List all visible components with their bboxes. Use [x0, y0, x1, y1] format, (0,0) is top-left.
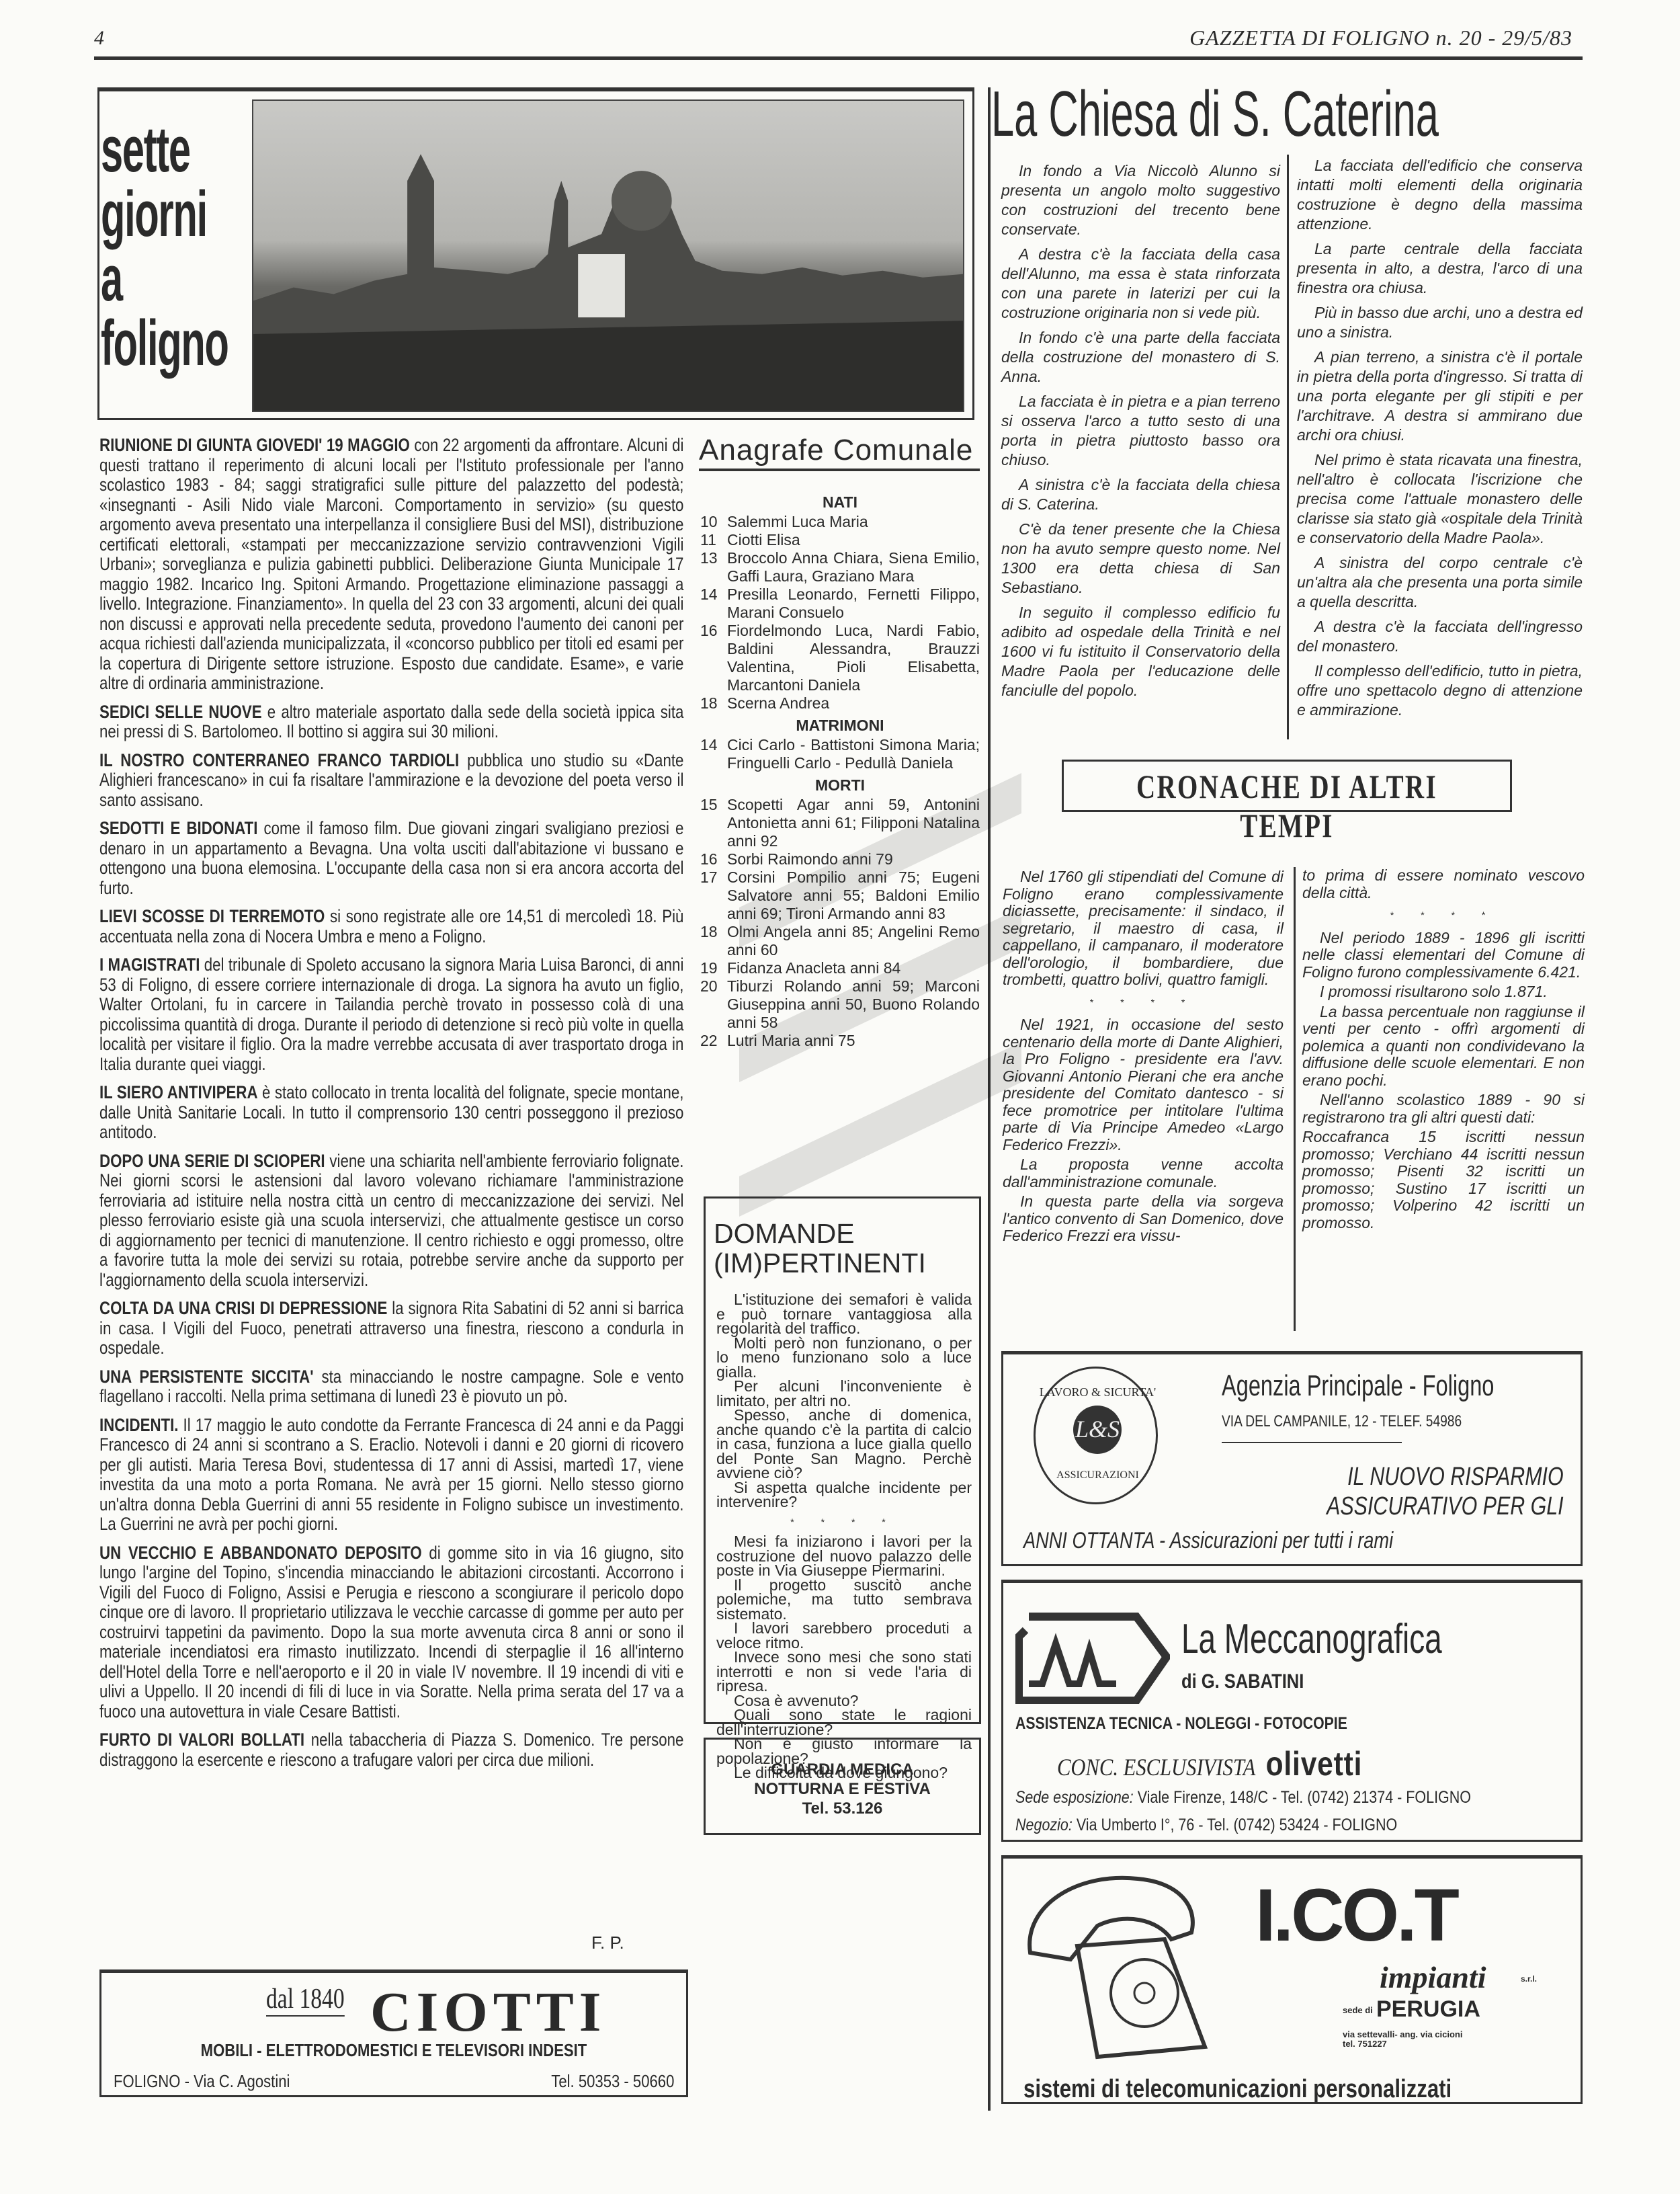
article: SEDOTTI E BIDONATI come il famoso film. … — [99, 819, 683, 898]
separator-stars: * * * * — [716, 1515, 972, 1530]
list-item: 18Scerna Andrea — [700, 694, 980, 713]
meccanografica-dealer: CONC. ESCLUSIVISTA olivetti — [1057, 1744, 1362, 1783]
section-heading-nati: NATI — [700, 493, 980, 512]
ad-icot: I.CO.T impianti s.r.l. sede di PERUGIA v… — [1001, 1855, 1583, 2104]
list-item: 14Cici Carlo - Battistoni Simona Maria; … — [700, 736, 980, 772]
cronache-title-box: CRONACHE DI ALTRI TEMPI — [1062, 760, 1512, 812]
list-item: 20Tiburzi Rolando anni 59; Marconi Giuse… — [700, 977, 980, 1032]
separator-stars: * * * * — [1302, 907, 1585, 924]
meccanografica-logo-icon — [1015, 1610, 1170, 1704]
domande-body: L'istituzione dei semafori è valida e pu… — [716, 1293, 972, 1781]
article: FURTO DI VALORI BOLLATI nella tabaccheri… — [99, 1730, 683, 1770]
list-item: 13Broccolo Anna Chiara, Siena Emilio, Ga… — [700, 549, 980, 585]
list-item: 19Fidanza Anacleta anni 84 — [700, 959, 980, 977]
ad-ciotti: dal 1840 CIOTTI MOBILI - ELETTRODOMESTIC… — [99, 1969, 688, 2097]
header-rule — [94, 56, 1583, 60]
article: DOPO UNA SERIE DI SCIOPERI viene una sch… — [99, 1151, 683, 1291]
ls-logo-icon: LAVORO & SICURTA' L&S ASSICURAZIONI — [1034, 1367, 1158, 1504]
author-signature: F. P. — [591, 1933, 624, 1953]
ciotti-since: dal 1840 — [266, 1983, 345, 2017]
ciotti-brand: CIOTTI — [370, 1980, 606, 2045]
icot-city: PERUGIA — [1376, 1996, 1480, 2023]
separator-stars: * * * * — [1003, 994, 1284, 1012]
article: UNA PERSISTENTE SICCITA' sta minacciando… — [99, 1367, 683, 1407]
ls-footer: ANNI OTTANTA - Assicurazioni per tutti i… — [1023, 1528, 1393, 1554]
skyline-image-icon — [253, 101, 963, 411]
list-item: 16Sorbi Raimondo anni 79 — [700, 850, 980, 868]
list-item: 14Presilla Leonardo, Fernetti Filippo, M… — [700, 585, 980, 622]
ls-slogan: IL NUOVO RISPARMIO ASSICURATIVO PER GLI — [1327, 1462, 1564, 1521]
list-item: 17Corsini Pompilio anni 75; Eugeni Salva… — [700, 868, 980, 923]
list-item: 22Lutri Maria anni 75 — [700, 1032, 980, 1050]
ls-agency: Agenzia Principale - Foligno — [1222, 1369, 1494, 1403]
article: LIEVI SCOSSE DI TERREMOTO si sono regist… — [99, 907, 683, 946]
list-item: 18Olmi Angela anni 85; Angelini Remo ann… — [700, 923, 980, 959]
domande-impertinenti-box: DOMANDE (IM)PERTINENTI L'istituzione dei… — [704, 1196, 981, 1724]
meccanografica-negozio: Negozio: Via Umberto I°, 76 - Tel. (0742… — [1015, 1816, 1397, 1835]
meccanografica-name: La Meccanografica — [1181, 1615, 1442, 1663]
list-item: 16Fiordelmondo Luca, Nardi Fabio, Baldin… — [700, 622, 980, 694]
meccanografica-services: ASSISTENZA TECNICA - NOLEGGI - FOTOCOPIE — [1015, 1714, 1347, 1734]
ls-address: VIA DEL CAMPANILE, 12 - TELEF. 54986 — [1222, 1412, 1402, 1443]
icot-address: via settevalli- ang. via cicioni tel. 75… — [1343, 2030, 1462, 2049]
icot-impianti: impianti — [1380, 1959, 1486, 1995]
article: SEDICI SELLE NUOVE e altro materiale asp… — [99, 702, 683, 742]
caterina-column-divider — [1287, 155, 1289, 739]
olivetti-brand: olivetti — [1266, 1745, 1363, 1783]
article: IL SIERO ANTIVIPERA è stato collocato in… — [99, 1083, 683, 1143]
domande-title: DOMANDE (IM)PERTINENTI — [714, 1219, 926, 1278]
caterina-column-1: In fondo a Via Niccolò Alunno si present… — [1001, 161, 1280, 706]
list-item: 11Ciotti Elisa — [700, 531, 980, 549]
city-skyline-photo — [252, 99, 964, 412]
page-number: 4 — [94, 27, 104, 50]
cronache-column-1: Nel 1760 gli stipendiati del Comune di F… — [1003, 868, 1284, 1248]
icot-brand: I.CO.T — [1255, 1879, 1457, 1953]
icot-tagline: sistemi di telecomunicazioni personalizz… — [1023, 2075, 1452, 2104]
guardia-medica-phone: Tel. 53.126 — [706, 1799, 979, 1818]
guardia-medica-box: GUARDIA MEDICA NOTTURNA E FESTIVA Tel. 5… — [704, 1738, 981, 1835]
caterina-column-2: La facciata dell'edificio che conserva i… — [1297, 156, 1583, 725]
cronache-column-2: to prima di essere nominato vescovo dell… — [1302, 867, 1585, 1234]
meccanografica-owner: di G. SABATINI — [1181, 1670, 1304, 1693]
caterina-title: La Chiesa di S. Caterina — [991, 81, 1439, 148]
article: INCIDENTI. Il 17 maggio le auto condotte… — [99, 1416, 683, 1535]
meccanografica-sede: Sede esposizione: Viale Firenze, 148/C -… — [1015, 1788, 1471, 1807]
ciotti-phone: Tel. 50353 - 50660 — [551, 2071, 674, 2092]
telephone-icon — [1017, 1865, 1218, 2060]
cronache-column-divider — [1294, 867, 1296, 1331]
ad-lavoro-sicurta: LAVORO & SICURTA' L&S ASSICURAZIONI Agen… — [1001, 1351, 1583, 1566]
list-item: 10Salemmi Luca Maria — [700, 513, 980, 531]
sette-giorni-title: sette giorni a foligno — [101, 118, 192, 376]
masthead: GAZZETTA DI FOLIGNO n. 20 - 29/5/83 — [1189, 26, 1572, 50]
ciotti-products: MOBILI - ELETTRODOMESTICI E TELEVISORI I… — [145, 2040, 642, 2061]
ciotti-address: FOLIGNO - Via C. Agostini — [114, 2071, 290, 2092]
article: COLTA DA UNA CRISI DI DEPRESSIONE la sig… — [99, 1299, 683, 1358]
article: IL NOSTRO CONTERRANEO FRANCO TARDIOLI pu… — [99, 751, 683, 811]
anagrafe-title: Anagrafe Comunale — [699, 434, 980, 471]
article: RIUNIONE DI GIUNTA GIOVEDI' 19 MAGGIO co… — [99, 436, 683, 694]
cronache-title: CRONACHE DI ALTRI TEMPI — [1113, 767, 1461, 845]
article: UN VECCHIO E ABBANDONATO DEPOSITO di gom… — [99, 1543, 683, 1722]
ad-meccanografica: La Meccanografica di G. SABATINI ASSISTE… — [1001, 1580, 1583, 1842]
section-heading-morti: MORTI — [700, 776, 980, 795]
section-heading-matrimoni: MATRIMONI — [700, 717, 980, 735]
sette-giorni-articles: RIUNIONE DI GIUNTA GIOVEDI' 19 MAGGIO co… — [99, 436, 683, 1779]
article: I MAGISTRATI del tribunale di Spoleto ac… — [99, 955, 683, 1074]
anagrafe-list: NATI 10Salemmi Luca Maria 11Ciotti Elisa… — [700, 489, 980, 1050]
list-item: 15Scopetti Agar anni 59, Antonini Antoni… — [700, 796, 980, 850]
